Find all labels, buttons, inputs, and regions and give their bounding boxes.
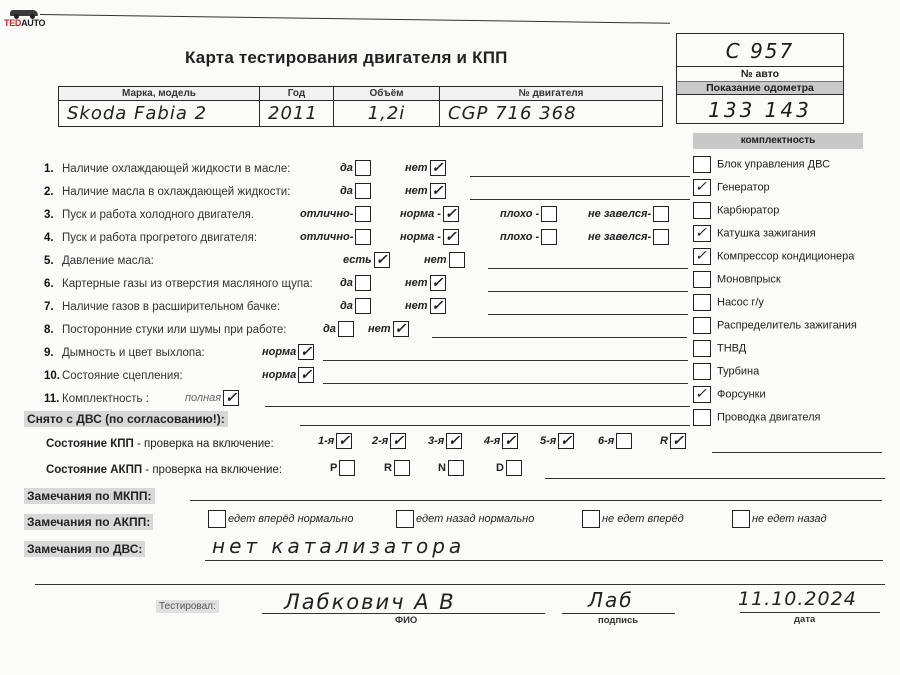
answer-line (470, 176, 690, 177)
checkbox[interactable] (693, 294, 711, 311)
question-number: 7. (44, 301, 62, 313)
checkbox[interactable] (541, 229, 557, 245)
komplektnost-item: Форсунки (693, 386, 766, 403)
option-label: отлично- (300, 208, 353, 220)
checkbox[interactable] (693, 363, 711, 380)
question-number: 11. (44, 393, 62, 405)
auto-info-box: C 957 № авто Показание одометра 133 143 (676, 33, 844, 124)
question-row: 3.Пуск и работа холодного двигателя. (44, 209, 254, 221)
checkbox[interactable] (541, 206, 557, 222)
komplektnost-item: Турбина (693, 363, 759, 380)
answer-line (488, 268, 688, 269)
checkbox[interactable] (396, 510, 414, 528)
option: да (323, 321, 354, 337)
question-row: 7.Наличие газов в расширительном бачке: (44, 301, 280, 313)
remark-label: не едет вперёд (602, 513, 684, 525)
question-row: 6.Картерные газы из отверстия масляного … (44, 278, 313, 290)
plate-value: C 957 (677, 34, 843, 67)
name-caption: ФИО (395, 615, 417, 626)
checkbox[interactable] (430, 160, 446, 176)
header-year: Год (260, 87, 334, 101)
option: нет (405, 160, 446, 176)
answer-line (488, 291, 688, 292)
question-row: 8.Посторонние стуки или шумы при работе: (44, 324, 286, 336)
gear-option: 2-я (372, 433, 406, 449)
gear-option: 4-я (484, 433, 518, 449)
akpp-line (545, 478, 885, 479)
date-caption: дата (794, 614, 815, 625)
komplektnost-item: Катушка зажигания (693, 225, 816, 242)
answer-line (323, 360, 688, 361)
date-value: 11.10.2024 (738, 588, 857, 610)
question-text: Посторонние стуки или шумы при работе: (62, 324, 286, 336)
checkbox[interactable] (693, 409, 711, 426)
checkbox[interactable] (355, 160, 371, 176)
checkbox[interactable] (443, 206, 459, 222)
komplektnost-label: Турбина (717, 365, 759, 377)
checkbox[interactable] (393, 321, 409, 337)
question-text: Комплектность : (62, 393, 149, 405)
year-value: 2011 (260, 101, 334, 127)
remark-label: не едет назад (752, 513, 827, 525)
komplektnost-item: Карбюратор (693, 202, 779, 219)
option-label: да (340, 162, 353, 174)
engine-number-value: CGP 716 368 (440, 101, 663, 127)
volume-value: 1,2i (334, 101, 440, 127)
question-row: 10.Состояние сцепления: (44, 370, 183, 382)
answer-line (432, 337, 687, 338)
remarks-akpp-label: Замечания по АКПП: (24, 514, 153, 530)
question-number: 9. (44, 347, 62, 359)
name-line (262, 613, 545, 614)
question-number: 5. (44, 255, 62, 267)
signature-divider (35, 584, 885, 585)
komplektnost-item: Блок управления ДВС (693, 156, 830, 173)
checkbox[interactable] (653, 229, 669, 245)
komplektnost-item: Компрессор кондиционера (693, 248, 854, 265)
remarks-dvs-line (205, 560, 883, 561)
option: норма - (400, 206, 459, 222)
option: норма (262, 367, 314, 383)
question-row: 11.Комплектность : (44, 393, 149, 405)
gear-option: 1-я (318, 433, 352, 449)
checkbox[interactable] (208, 510, 226, 528)
checkbox[interactable] (653, 206, 669, 222)
option: норма - (400, 229, 459, 245)
option-label: да (340, 185, 353, 197)
tested-by-label: Тестировал: (156, 600, 219, 613)
checkbox[interactable] (693, 156, 711, 173)
answer-line (470, 199, 690, 200)
option-label: нет (368, 323, 391, 335)
question-number: 2. (44, 186, 62, 198)
make-model-value: Skoda Fabia 2 (59, 101, 260, 127)
question-number: 6. (44, 278, 62, 290)
question-text: Дымность и цвет выхлопа: (62, 347, 205, 359)
option-label: плохо - (500, 231, 539, 243)
checkbox[interactable] (355, 275, 371, 291)
odometer-label: Показание одометра (677, 82, 843, 95)
vehicle-table: Марка, модель Год Объём № двигателя Skod… (58, 86, 663, 127)
question-number: 1. (44, 163, 62, 175)
removed-section-label: Снято с ДВС (по согласованию!): (24, 411, 228, 427)
akpp-mode-option: D (496, 460, 522, 476)
checkbox[interactable] (506, 460, 522, 476)
gear-option: 5-я (540, 433, 574, 449)
akpp-remark-option: не едет вперёд (582, 510, 684, 528)
car-icon (8, 6, 42, 18)
remarks-mkpp-label: Замечания по МКПП: (24, 488, 155, 504)
option-label: нет (405, 277, 428, 289)
question-text: Наличие масла в охлаждающей жидкости: (62, 186, 290, 198)
question-number: 4. (44, 232, 62, 244)
plate-label: № авто (677, 67, 843, 82)
question-text: Пуск и работа прогретого двигателя: (62, 232, 257, 244)
question-text: Наличие охлаждающей жидкости в масле: (62, 163, 290, 175)
gear-label: 4-я (484, 435, 500, 447)
komplektnost-label: Насос г/у (717, 296, 764, 308)
checkbox[interactable] (355, 298, 371, 314)
komplektnost-label: Форсунки (717, 388, 766, 400)
option: да (340, 160, 371, 176)
gear-label: R (660, 435, 668, 447)
signature-value: Лаб (588, 588, 634, 612)
akpp-label: Состояние АКПП - проверка на включение: (46, 464, 282, 476)
mode-label: N (438, 462, 446, 474)
komplektnost-header: комплектность (693, 133, 863, 149)
question-text: Пуск и работа холодного двигателя. (62, 209, 254, 221)
option: да (340, 298, 371, 314)
remark-label: едет назад нормально (416, 513, 534, 525)
option-label: полная (185, 392, 221, 404)
checkbox[interactable] (374, 252, 390, 268)
komplektnost-label: Блок управления ДВС (717, 158, 830, 170)
question-text: Картерные газы из отверстия масляного щу… (62, 278, 313, 290)
checkbox[interactable] (582, 510, 600, 528)
question-text: Давление масла: (62, 255, 154, 267)
checkbox[interactable] (390, 433, 406, 449)
option-label: норма - (400, 208, 441, 220)
remarks-dvs-value: нет катализатора (212, 534, 465, 558)
akpp-remark-option: не едет назад (732, 510, 827, 528)
komplektnost-label: Распределитель зажигания (717, 319, 857, 331)
question-row: 1.Наличие охлаждающей жидкости в масле: (44, 163, 290, 175)
kpp-line (712, 452, 882, 453)
checkbox[interactable] (298, 344, 314, 360)
logo-text: TEDAUTO (4, 18, 44, 28)
option-label: норма (262, 369, 296, 381)
checkbox[interactable] (693, 225, 711, 242)
question-row: 4.Пуск и работа прогретого двигателя: (44, 232, 257, 244)
sign-caption: подпись (598, 615, 638, 626)
option: не завелся- (588, 206, 669, 222)
option-label: не завелся- (588, 208, 651, 220)
checkbox[interactable] (430, 275, 446, 291)
header-engine-number: № двигателя (440, 87, 663, 101)
gear-label: 1-я (318, 435, 334, 447)
remarks-dvs-label: Замечания по ДВС: (24, 541, 145, 557)
option-label: есть (343, 254, 372, 266)
kpp-label: Состояние КПП - проверка на включение: (46, 438, 274, 450)
komplektnost-item: Насос г/у (693, 294, 764, 311)
checkbox[interactable] (670, 433, 686, 449)
option: плохо - (500, 229, 557, 245)
gear-label: 3-я (428, 435, 444, 447)
odometer-value: 133 143 (677, 95, 843, 123)
question-text: Состояние сцепления: (62, 370, 183, 382)
checkbox[interactable] (394, 460, 410, 476)
remark-label: едет вперёд нормально (228, 513, 353, 525)
checkbox[interactable] (693, 317, 711, 334)
question-number: 8. (44, 324, 62, 336)
akpp-remark-option: едет вперёд нормально (208, 510, 353, 528)
option: есть (343, 252, 390, 268)
komplektnost-item: Моновпрыск (693, 271, 781, 288)
gear-label: 5-я (540, 435, 556, 447)
answer-line (488, 314, 688, 315)
question-row: 9.Дымность и цвет выхлопа: (44, 347, 205, 359)
option: нет (368, 321, 409, 337)
question-row: 2.Наличие масла в охлаждающей жидкости: (44, 186, 290, 198)
option: отлично- (300, 229, 371, 245)
komplektnost-item: Генератор (693, 179, 770, 196)
checkbox[interactable] (355, 183, 371, 199)
mode-label: P (330, 462, 337, 474)
akpp-mode-option: N (438, 460, 464, 476)
removed-line (300, 425, 690, 426)
checkbox[interactable] (693, 340, 711, 357)
checkbox[interactable] (693, 248, 711, 265)
option-label: нет (424, 254, 447, 266)
gear-label: 6-я (598, 435, 614, 447)
sign-line (562, 613, 675, 614)
mode-label: D (496, 462, 504, 474)
gear-option: R (660, 433, 686, 449)
option-label: не завелся- (588, 231, 651, 243)
option: нет (424, 252, 465, 268)
option: полная (185, 390, 239, 406)
option-label: нет (405, 162, 428, 174)
komplektnost-label: Компрессор кондиционера (717, 250, 854, 262)
checkbox[interactable] (443, 229, 459, 245)
option-label: норма (262, 346, 296, 358)
akpp-mode-option: P (330, 460, 355, 476)
checkbox[interactable] (558, 433, 574, 449)
checkbox[interactable] (693, 202, 711, 219)
option: нет (405, 275, 446, 291)
option: нет (405, 298, 446, 314)
option-label: да (340, 277, 353, 289)
option-label: нет (405, 185, 428, 197)
question-row: 5.Давление масла: (44, 255, 154, 267)
checkbox[interactable] (449, 252, 465, 268)
option: норма (262, 344, 314, 360)
checkbox[interactable] (693, 386, 711, 403)
checkbox[interactable] (355, 206, 371, 222)
question-text: Наличие газов в расширительном бачке: (62, 301, 280, 313)
checkbox[interactable] (430, 183, 446, 199)
page-title: Карта тестирования двигателя и КПП (185, 48, 508, 68)
option: не завелся- (588, 229, 669, 245)
checkbox[interactable] (446, 433, 462, 449)
option: да (340, 275, 371, 291)
gear-label: 2-я (372, 435, 388, 447)
komplektnost-label: Генератор (717, 181, 770, 193)
komplektnost-label: Карбюратор (717, 204, 779, 216)
option: нет (405, 183, 446, 199)
checkbox[interactable] (298, 367, 314, 383)
komplektnost-item: ТНВД (693, 340, 746, 357)
checkbox[interactable] (502, 433, 518, 449)
gear-option: 6-я (598, 433, 632, 449)
answer-line (323, 383, 688, 384)
checkbox[interactable] (338, 321, 354, 337)
komplektnost-label: ТНВД (717, 342, 746, 354)
option-label: отлично- (300, 231, 353, 243)
mode-label: R (384, 462, 392, 474)
tester-name: Лабкович А В (284, 590, 456, 614)
date-line (740, 612, 880, 613)
checkbox[interactable] (339, 460, 355, 476)
question-number: 10. (44, 370, 62, 382)
option: да (340, 183, 371, 199)
checkbox[interactable] (693, 179, 711, 196)
option: плохо - (500, 206, 557, 222)
komplektnost-label: Проводка двигателя (717, 411, 820, 423)
top-divider (40, 14, 670, 24)
checkbox[interactable] (693, 271, 711, 288)
komplektnost-label: Моновпрыск (717, 273, 781, 285)
option-label: нет (405, 300, 428, 312)
option-label: норма - (400, 231, 441, 243)
checkbox[interactable] (616, 433, 632, 449)
checkbox[interactable] (732, 510, 750, 528)
question-number: 3. (44, 209, 62, 221)
komplektnost-item: Проводка двигателя (693, 409, 820, 426)
komplektnost-label: Катушка зажигания (717, 227, 816, 239)
checkbox[interactable] (355, 229, 371, 245)
akpp-mode-option: R (384, 460, 410, 476)
option: отлично- (300, 206, 371, 222)
remarks-mkpp-line (190, 500, 882, 501)
checkbox[interactable] (336, 433, 352, 449)
komplektnost-item: Распределитель зажигания (693, 317, 857, 334)
header-volume: Объём (334, 87, 440, 101)
checkbox[interactable] (448, 460, 464, 476)
akpp-remark-option: едет назад нормально (396, 510, 534, 528)
option-label: да (340, 300, 353, 312)
header-make-model: Марка, модель (59, 87, 260, 101)
answer-line (265, 406, 690, 407)
option-label: да (323, 323, 336, 335)
gear-option: 3-я (428, 433, 462, 449)
checkbox[interactable] (430, 298, 446, 314)
checkbox[interactable] (223, 390, 239, 406)
option-label: плохо - (500, 208, 539, 220)
logo: TEDAUTO (4, 6, 44, 28)
